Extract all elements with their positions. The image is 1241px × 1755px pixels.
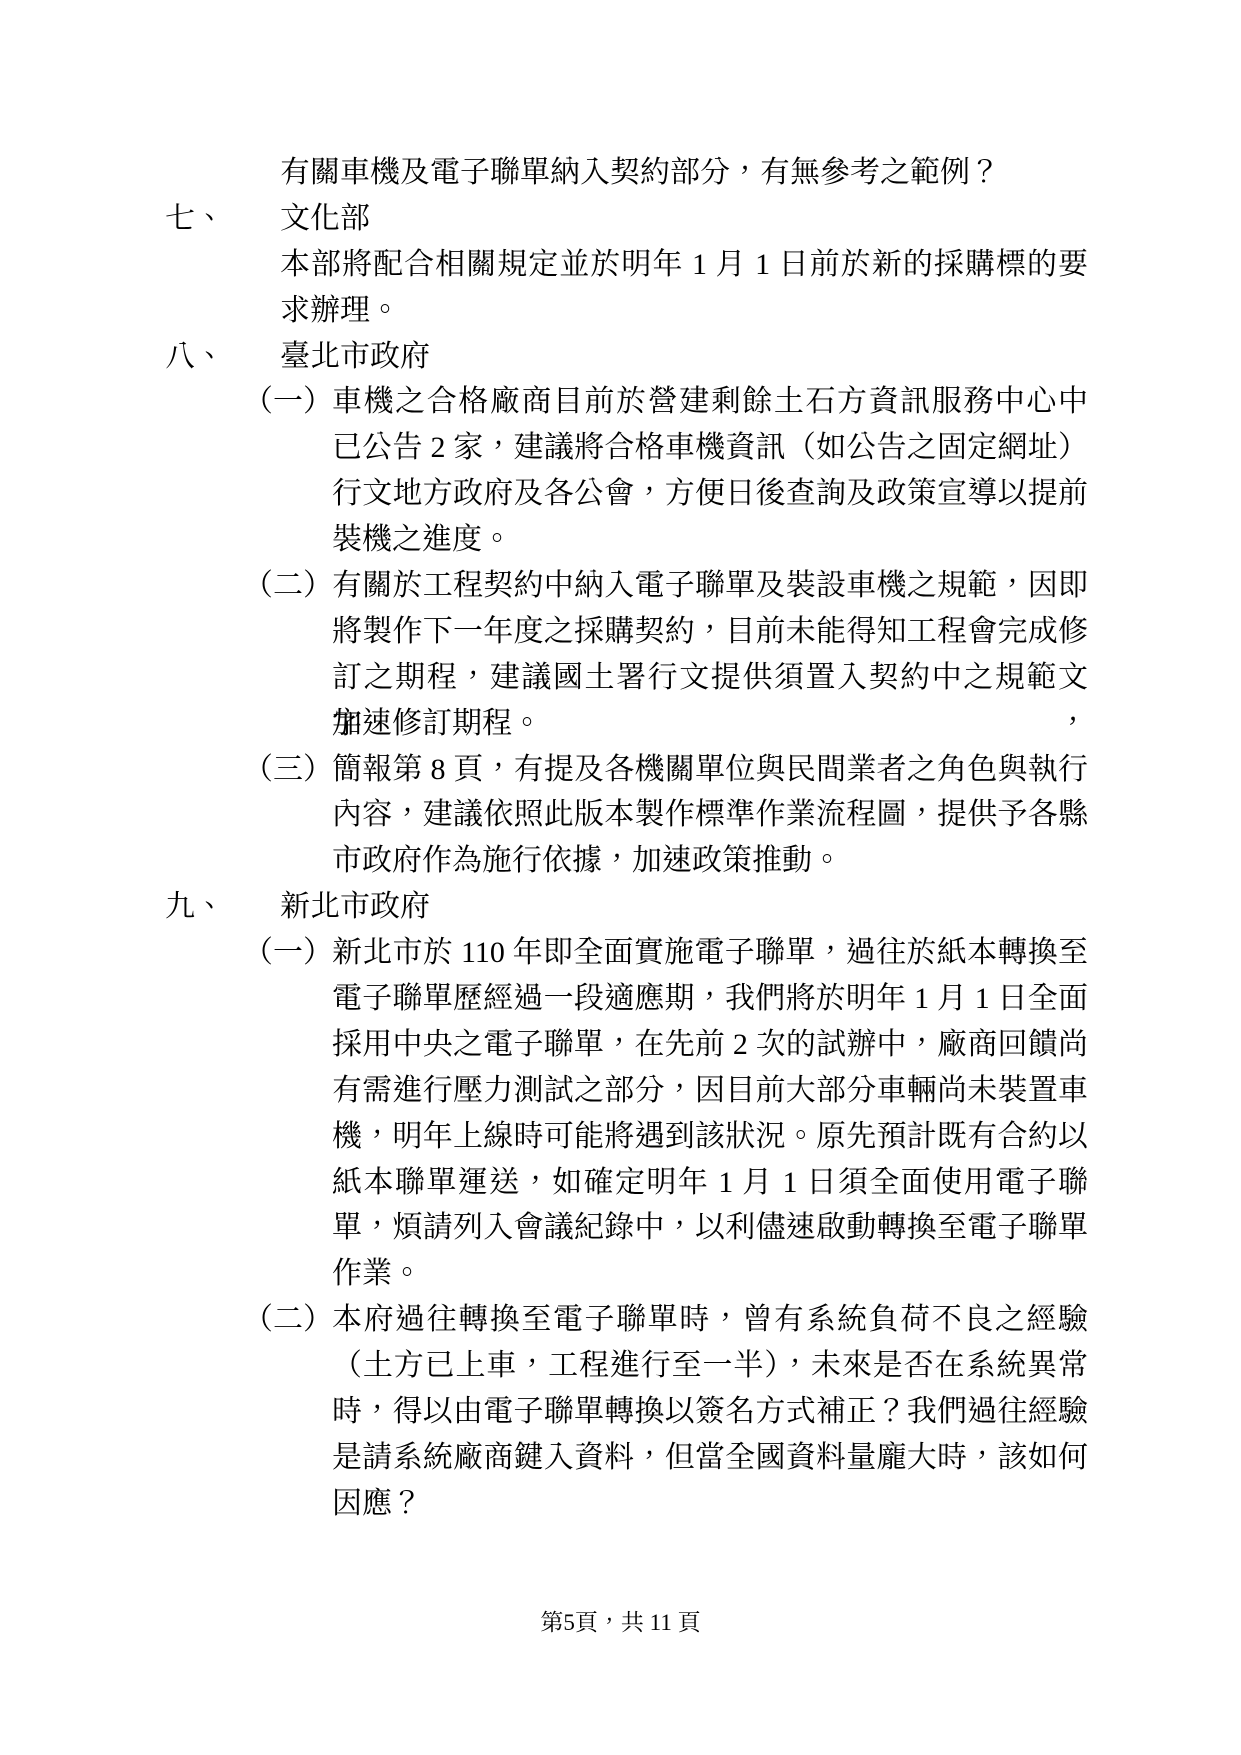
line-text: 採用中央之電子聯單，在先前 2 次的試辦中，廠商回饋尚 bbox=[332, 1028, 1088, 1061]
document-heading-line: 九、新北市政府 bbox=[0, 884, 1241, 930]
document-text-line: 是請系統廠商鍵入資料，但當全國資料量龐大時，該如何 bbox=[0, 1435, 1241, 1481]
line-text: 本部將配合相關規定並於明年 1 月 1 日前於新的採購標的要 bbox=[280, 248, 1088, 281]
line-text: 簡報第 8 頁，有提及各機關單位與民間業者之角色與執行 bbox=[332, 753, 1088, 786]
line-text: 車機之合格廠商目前於營建剩餘土石方資訊服務中心中 bbox=[332, 385, 1088, 418]
document-text-line: 求辦理。 bbox=[0, 288, 1241, 334]
sub-item-marker: （二） bbox=[243, 563, 333, 609]
document-text-line: 電子聯單歷經過一段適應期，我們將於明年 1 月 1 日全面 bbox=[0, 976, 1241, 1022]
document-text-line: 行文地方政府及各公會，方便日後查詢及政策宣導以提前 bbox=[0, 471, 1241, 517]
line-text: 有關車機及電子聯單納入契約部分，有無參考之範例？ bbox=[280, 156, 1000, 189]
document-subitem-line: （一）車機之合格廠商目前於營建剩餘土石方資訊服務中心中 bbox=[0, 379, 1241, 425]
document-page: 有關車機及電子聯單納入契約部分，有無參考之範例？七、文化部本部將配合相關規定並於… bbox=[0, 0, 1241, 1755]
line-text: 行文地方政府及各公會，方便日後查詢及政策宣導以提前 bbox=[332, 477, 1088, 510]
line-text: 新北市於 110 年即全面實施電子聯單，過往於紙本轉換至 bbox=[332, 936, 1088, 969]
list-number-marker: 七、 bbox=[165, 196, 225, 242]
document-subitem-line: （二）本府過往轉換至電子聯單時，曾有系統負荷不良之經驗 bbox=[0, 1297, 1241, 1343]
document-text-line: 訂之期程，建議國土署行文提供須置入契約中之規範文字， bbox=[0, 655, 1241, 701]
sub-item-marker: （一） bbox=[243, 930, 333, 976]
document-text-line: 內容，建議依照此版本製作標準作業流程圖，提供予各縣 bbox=[0, 792, 1241, 838]
document-text-line: 有需進行壓力測試之部分，因目前大部分車輛尚未裝置車 bbox=[0, 1068, 1241, 1114]
document-body: 有關車機及電子聯單納入契約部分，有無參考之範例？七、文化部本部將配合相關規定並於… bbox=[0, 150, 1241, 1527]
document-subitem-line: （一）新北市於 110 年即全面實施電子聯單，過往於紙本轉換至 bbox=[0, 930, 1241, 976]
line-text: 是請系統廠商鍵入資料，但當全國資料量龐大時，該如何 bbox=[332, 1441, 1088, 1474]
document-heading-line: 七、文化部 bbox=[0, 196, 1241, 242]
document-text-line: 採用中央之電子聯單，在先前 2 次的試辦中，廠商回饋尚 bbox=[0, 1022, 1241, 1068]
line-text: 電子聯單歷經過一段適應期，我們將於明年 1 月 1 日全面 bbox=[332, 982, 1088, 1015]
document-text-line: 裝機之進度。 bbox=[0, 517, 1241, 563]
document-text-line: 本部將配合相關規定並於明年 1 月 1 日前於新的採購標的要 bbox=[0, 242, 1241, 288]
line-text: 作業。 bbox=[332, 1257, 422, 1290]
line-text: 裝機之進度。 bbox=[332, 523, 512, 556]
page-footer: 第5頁，共 11 頁 bbox=[0, 1608, 1241, 1638]
line-text: 本府過往轉換至電子聯單時，曾有系統負荷不良之經驗 bbox=[332, 1303, 1088, 1336]
document-text-line: 作業。 bbox=[0, 1251, 1241, 1297]
document-text-line: （土方已上車，工程進行至一半），未來是否在系統異常 bbox=[0, 1343, 1241, 1389]
document-text-line: 已公告 2 家，建議將合格車機資訊（如公告之固定網址） bbox=[0, 425, 1241, 471]
line-text: 時，得以由電子聯單轉換以簽名方式補正？我們過往經驗 bbox=[332, 1395, 1088, 1428]
line-text: （土方已上車，工程進行至一半），未來是否在系統異常 bbox=[332, 1349, 1088, 1382]
document-subitem-line: （二）有關於工程契約中納入電子聯單及裝設車機之規範，因即 bbox=[0, 563, 1241, 609]
document-heading-line: 八、臺北市政府 bbox=[0, 334, 1241, 380]
line-text: 市政府作為施行依據，加速政策推動。 bbox=[332, 844, 842, 877]
document-text-line: 有關車機及電子聯單納入契約部分，有無參考之範例？ bbox=[0, 150, 1241, 196]
document-subitem-line: （三）簡報第 8 頁，有提及各機關單位與民間業者之角色與執行 bbox=[0, 747, 1241, 793]
document-text-line: 紙本聯單運送，如確定明年 1 月 1 日須全面使用電子聯 bbox=[0, 1160, 1241, 1206]
line-text: 加速修訂期程。 bbox=[332, 707, 542, 740]
document-text-line: 時，得以由電子聯單轉換以簽名方式補正？我們過往經驗 bbox=[0, 1389, 1241, 1435]
sub-item-marker: （一） bbox=[243, 379, 333, 425]
document-text-line: 將製作下一年度之採購契約，目前未能得知工程會完成修 bbox=[0, 609, 1241, 655]
line-text: 紙本聯單運送，如確定明年 1 月 1 日須全面使用電子聯 bbox=[332, 1166, 1088, 1199]
list-number-marker: 九、 bbox=[165, 884, 225, 930]
document-text-line: 加速修訂期程。 bbox=[0, 701, 1241, 747]
line-text: 機，明年上線時可能將遇到該狀況。原先預計既有合約以 bbox=[332, 1120, 1088, 1153]
line-text: 內容，建議依照此版本製作標準作業流程圖，提供予各縣 bbox=[332, 798, 1088, 831]
line-text: 將製作下一年度之採購契約，目前未能得知工程會完成修 bbox=[332, 615, 1088, 648]
document-text-line: 單，煩請列入會議紀錄中，以利儘速啟動轉換至電子聯單 bbox=[0, 1205, 1241, 1251]
line-text: 已公告 2 家，建議將合格車機資訊（如公告之固定網址） bbox=[332, 431, 1088, 464]
line-text: 因應？ bbox=[332, 1487, 422, 1520]
sub-item-marker: （三） bbox=[243, 747, 333, 793]
line-text: 求辦理。 bbox=[280, 294, 400, 327]
line-text: 單，煩請列入會議紀錄中，以利儘速啟動轉換至電子聯單 bbox=[332, 1211, 1088, 1244]
sub-item-marker: （二） bbox=[243, 1297, 333, 1343]
document-text-line: 市政府作為施行依據，加速政策推動。 bbox=[0, 838, 1241, 884]
line-text: 有需進行壓力測試之部分，因目前大部分車輛尚未裝置車 bbox=[332, 1074, 1088, 1107]
document-text-line: 機，明年上線時可能將遇到該狀況。原先預計既有合約以 bbox=[0, 1114, 1241, 1160]
line-text: 有關於工程契約中納入電子聯單及裝設車機之規範，因即 bbox=[332, 569, 1088, 602]
document-text-line: 因應？ bbox=[0, 1481, 1241, 1527]
list-number-marker: 八、 bbox=[165, 334, 225, 380]
